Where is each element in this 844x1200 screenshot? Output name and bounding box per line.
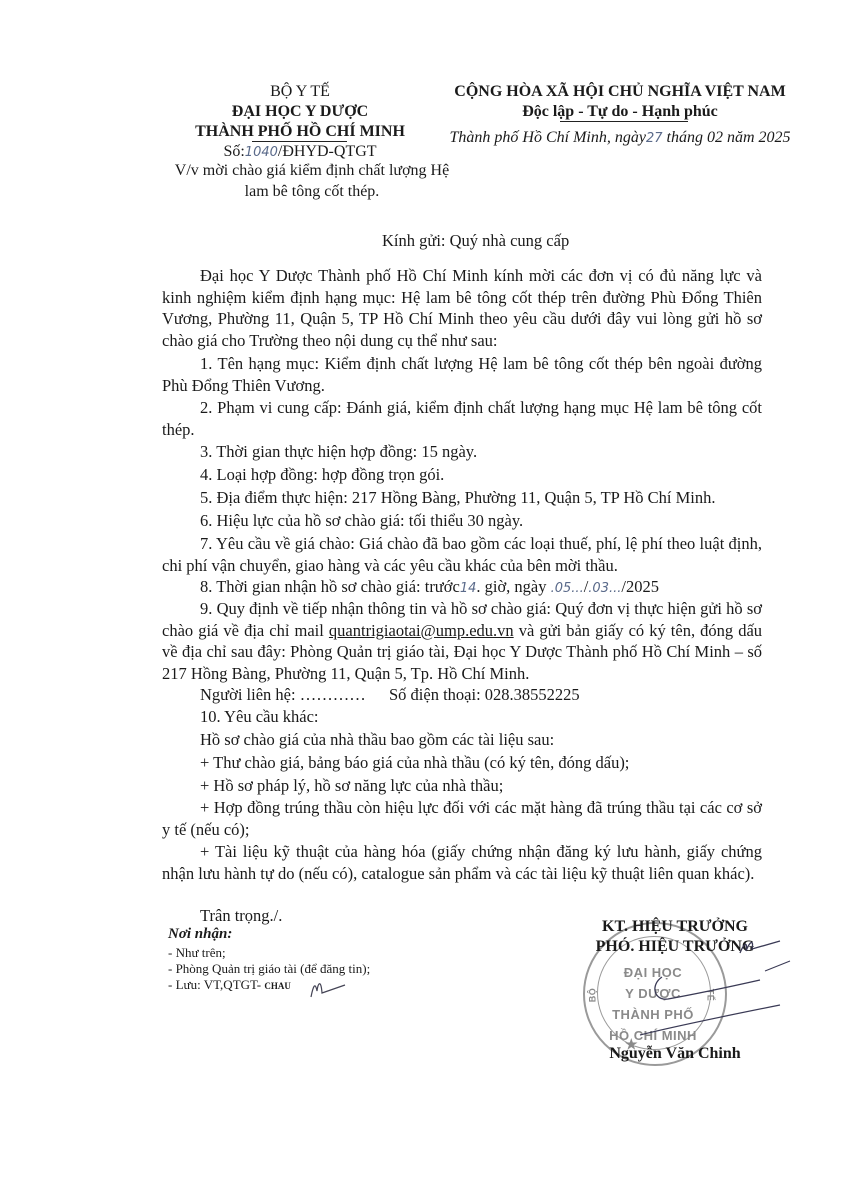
national-motto: Độc lập - Tự do - Hạnh phúc (440, 102, 800, 122)
initials-signature-icon (305, 975, 355, 1001)
email-link[interactable]: quantrigiaotai@ump.edu.vn (329, 621, 514, 640)
signatory-name: Nguyễn Văn Chinh (575, 1045, 775, 1063)
header-left-underline (252, 141, 347, 142)
handwritten-signature-icon (620, 925, 800, 1045)
item-10-title: 10. Yêu cầu khác: (200, 706, 319, 728)
required-doc-4: + Tài liệu kỹ thuật của hàng hóa (giấy c… (162, 841, 762, 884)
closing: Trân trọng./. (200, 905, 282, 927)
date-day-handwritten: 27 (646, 131, 663, 146)
recipient-1: - Như trên; (168, 945, 370, 961)
contact-phone: Số điện thoại: 028.38552225 (389, 684, 580, 706)
item-4: 4. Loại hợp đồng: hợp đồng trọn gói. (162, 464, 762, 486)
contact-person: Người liên hệ: ………… (200, 684, 366, 706)
motto-underline (560, 121, 688, 122)
item-6: 6. Hiệu lực của hồ sơ chào giá: tối thiể… (162, 510, 762, 532)
item-10-lead: Hồ sơ chào giá của nhà thầu bao gồm các … (200, 729, 554, 751)
required-doc-2: + Hồ sơ pháp lý, hồ sơ năng lực của nhà … (200, 775, 503, 797)
item-7: 7. Yêu cầu về giá chào: Giá chào đã bao … (162, 533, 762, 576)
item-2: 2. Phạm vi cung cấp: Đánh giá, kiểm định… (162, 397, 762, 440)
university-name-line1: ĐẠI HỌC Y DƯỢC (160, 102, 440, 122)
item-5: 5. Địa điểm thực hiện: 217 Hồng Bàng, Ph… (162, 487, 762, 509)
recipients-title: Nơi nhận: (168, 926, 232, 943)
initials: CHAU (264, 981, 291, 991)
university-name-line2: THÀNH PHỐ HỒ CHÍ MINH (160, 122, 440, 142)
doc-number-handwritten: 1040 (245, 145, 278, 160)
item-9: 9. Quy định về tiếp nhận thông tin và hồ… (162, 598, 762, 684)
header-right: CỘNG HÒA XÃ HỘI CHỦ NGHĨA VIỆT NAM Độc l… (440, 82, 800, 122)
required-doc-1: + Thư chào giá, bảng báo giá của nhà thầ… (200, 752, 629, 774)
subject: V/v mời chào giá kiểm định chất lượng Hệ… (162, 160, 462, 202)
country-name: CỘNG HÒA XÃ HỘI CHỦ NGHĨA VIỆT NAM (440, 82, 800, 102)
intro-paragraph: Đại học Y Dược Thành phố Hồ Chí Minh kín… (162, 265, 762, 351)
stamp-side-left: BỘ (587, 988, 597, 1003)
deadline-month-handwritten: .03... (588, 581, 621, 596)
header-left: BỘ Y TẾ ĐẠI HỌC Y DƯỢC THÀNH PHỐ HỒ CHÍ … (160, 82, 440, 163)
deadline-day-handwritten: .05... (551, 581, 584, 596)
required-doc-3: + Hợp đồng trúng thầu còn hiệu lực đối v… (162, 797, 762, 840)
document-date: Thành phố Hồ Chí Minh, ngày27 tháng 02 n… (440, 128, 800, 149)
item-8: 8. Thời gian nhận hồ sơ chào giá: trước1… (162, 576, 762, 600)
salutation: Kính gửi: Quý nhà cung cấp (382, 231, 569, 251)
item-3: 3. Thời gian thực hiện hợp đồng: 15 ngày… (162, 441, 762, 463)
item-1: 1. Tên hạng mục: Kiểm định chất lượng Hệ… (162, 353, 762, 396)
deadline-hour-handwritten: 14 (460, 581, 477, 596)
ministry-name: BỘ Y TẾ (160, 82, 440, 102)
